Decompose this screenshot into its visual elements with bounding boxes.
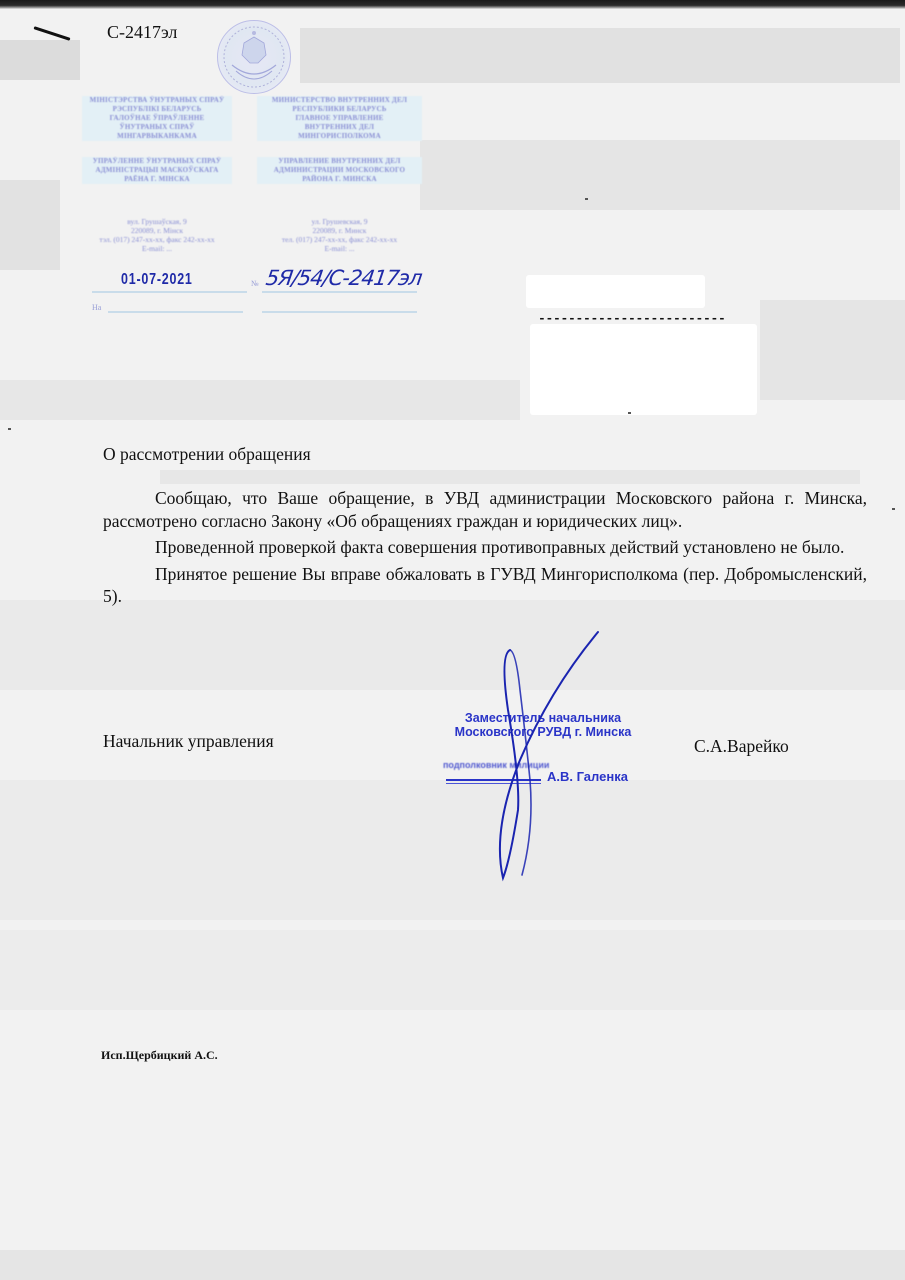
registration-mark: С-2417эл [107,22,177,43]
redacted-recipient-address [530,324,757,415]
letterhead-right-department: Управление внутренних дел администрации … [257,157,422,184]
state-emblem-icon [217,20,291,94]
date-underline [92,291,247,293]
reply-to-underline [108,311,243,313]
redacted-recipient-name [526,275,705,308]
letter-body: Сообщаю, что Ваше обращение, в УВД админ… [103,487,867,608]
number-underline [262,291,417,293]
outgoing-number: 5Я/54/С-2417эл [264,266,423,290]
letterhead-left-address: вул. Грушаўская, 9 220089, г. Мінск тэл.… [82,217,232,253]
deputy-stamp-name: А.В. Галенка [547,769,628,784]
outgoing-date-stamp: 01-07-2021 [121,271,193,289]
deputy-stamp-rank: подполковник милиции [443,760,549,770]
stamp-underline-2 [446,783,541,784]
scan-speck [628,412,631,414]
pen-mark [33,26,70,41]
executor-note: Исп.Щербицкий А.С. [101,1048,218,1063]
reply-to-label: На [92,303,101,312]
number-label: № [251,279,259,288]
scan-top-edge [0,0,905,9]
deputy-stamp-title: Заместитель начальника Московского РУВД … [443,711,643,739]
letterhead-right-ministry: Министерство внутренних дел Республики Б… [257,96,422,141]
paragraph: Проведенной проверкой факта совершения п… [103,536,867,559]
paragraph: Сообщаю, что Ваше обращение, в УВД админ… [103,487,867,532]
scan-speck [8,428,11,430]
stamp-underline [446,779,541,781]
letter-subject: О рассмотрении обращения [103,444,311,465]
paragraph: Принятое решение Вы вправе обжаловать в … [103,563,867,608]
letterhead-right-address: ул. Грушевская, 9 220089, г. Минск тел. … [257,217,422,253]
letterhead-left-ministry: Міністэрства ўнутраных спраў Рэспублікі … [82,96,232,141]
reply-to-underline-2 [262,311,417,313]
signer-position: Начальник управления [103,731,274,752]
signer-name: С.А.Варейко [694,736,789,757]
letterhead-left-department: Упраўленне ўнутраных спраў адміністрацыі… [82,157,232,184]
scan-speck [892,508,895,510]
scan-speck [585,198,588,200]
